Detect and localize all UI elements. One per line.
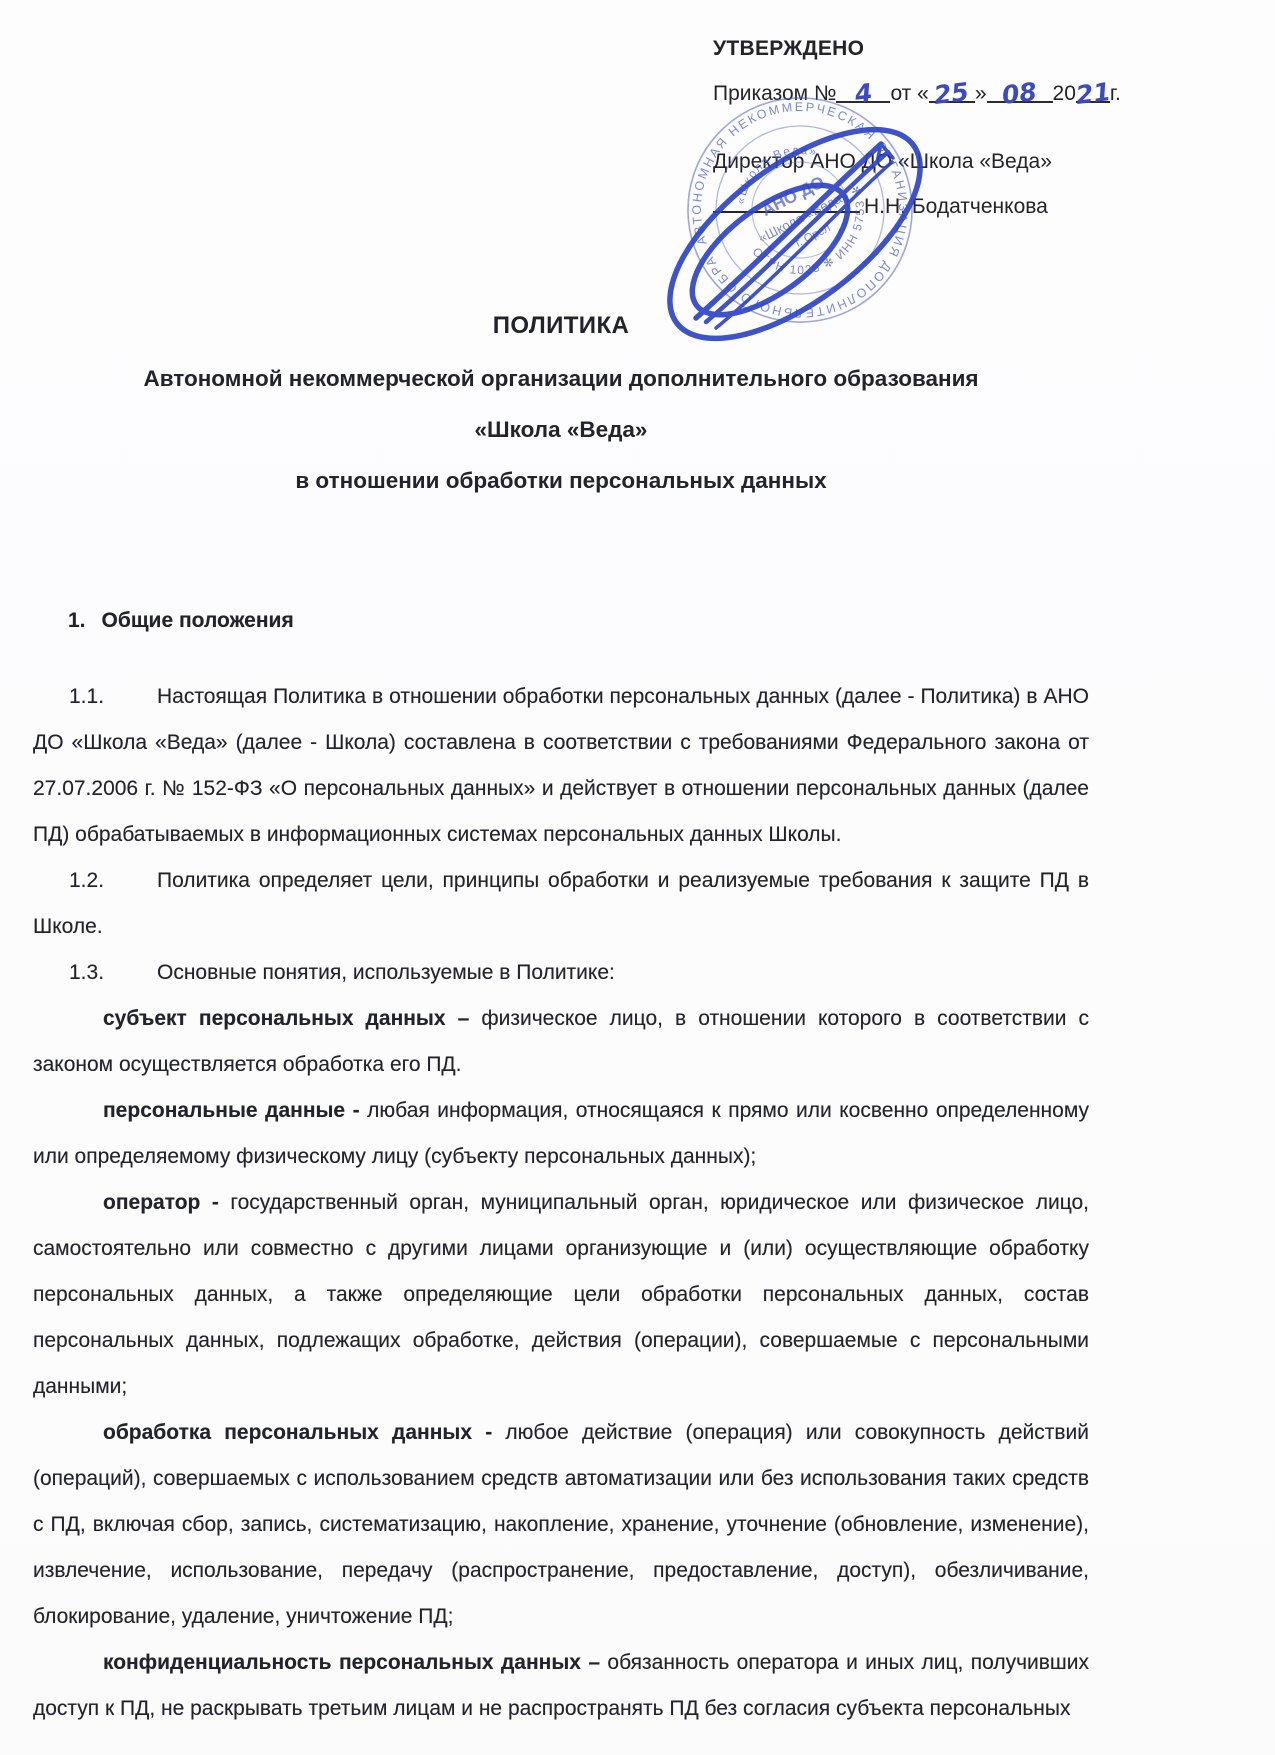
paragraph-number: 1.1. [69,674,107,720]
order-number-blank: 4 [836,79,890,103]
paragraph-number: 1.2. [69,858,107,904]
section-1-heading: 1.Общие положения [33,598,1089,644]
body-paragraphs: 1.1.Настоящая Политика в отношении обраб… [33,674,1089,1732]
paragraph-1-2: 1.2.Политика определяет цели, принципы о… [33,858,1089,950]
school-name-line: «Школа «Веда» [33,417,1089,443]
document-titles: ПОЛИТИКА Автономной некоммерческой орган… [33,312,1089,494]
document-title: ПОЛИТИКА [33,312,1089,340]
paragraph-1-1: 1.1.Настоящая Политика в отношении обраб… [33,674,1089,858]
definition-term: обработка персональных данных - [103,1421,505,1444]
signer-line: Н.Н. Бодатченкова [713,191,1225,220]
order-number-handwritten: 4 [853,80,873,108]
definition-confidentiality: конфиденциальность персональных данных –… [33,1640,1089,1732]
paragraph-1-3: 1.3.Основные понятия, используемые в Пол… [33,950,1089,996]
director-line: Директор АНО ДО «Школа «Веда» [713,149,1225,175]
signer-name: Н.Н. Бодатченкова [864,195,1048,218]
definition-term: оператор - [103,1191,230,1214]
order-ot: от « [890,82,928,105]
order-day-handwritten: 25 [933,79,971,109]
definition-term: конфиденциальность персональных данных – [103,1651,607,1674]
definition-personal-data: персональные данные - любая информация, … [33,1088,1089,1180]
order-close-quote: » [975,82,987,105]
definition-processing: обработка персональных данных - любое де… [33,1410,1089,1640]
section-1-title: Общие положения [102,609,294,632]
approved-label: УТВЕРЖДЕНО [713,36,1225,62]
section-1-number: 1. [68,609,86,632]
subject-line: в отношении обработки персональных данны… [33,468,1089,494]
definition-operator: оператор - государственный орган, муници… [33,1180,1089,1410]
definition-subject: субъект персональных данных – физическое… [33,996,1089,1088]
definition-term: субъект персональных данных – [103,1007,481,1030]
stamp-center-line3: г. Орел [794,222,833,250]
definition-term: персональные данные - [103,1099,367,1122]
document-body: 1.Общие положения 1.1.Настоящая Политика… [33,598,1089,1732]
scanned-document-page: УТВЕРЖДЕНО Приказом №4от «25»082021г. Ди… [0,0,1275,1755]
signature-line [713,191,860,213]
order-month-blank: 08 [987,79,1053,103]
paragraph-number: 1.3. [69,950,107,996]
order-day-blank: 25 [929,79,975,103]
order-month-handwritten: 08 [1001,79,1039,109]
approval-block: УТВЕРЖДЕНО Приказом №4от «25»082021г. Ди… [713,36,1225,220]
order-prefix: Приказом № [713,82,836,105]
order-year-handwritten: 21 [1074,79,1112,109]
organization-name-line: Автономной некоммерческой организации до… [33,366,1089,392]
order-year-prefix: 20 [1053,82,1076,105]
order-year-blank: 21 [1076,79,1110,103]
order-line: Приказом №4от «25»082021г. [713,79,1225,107]
